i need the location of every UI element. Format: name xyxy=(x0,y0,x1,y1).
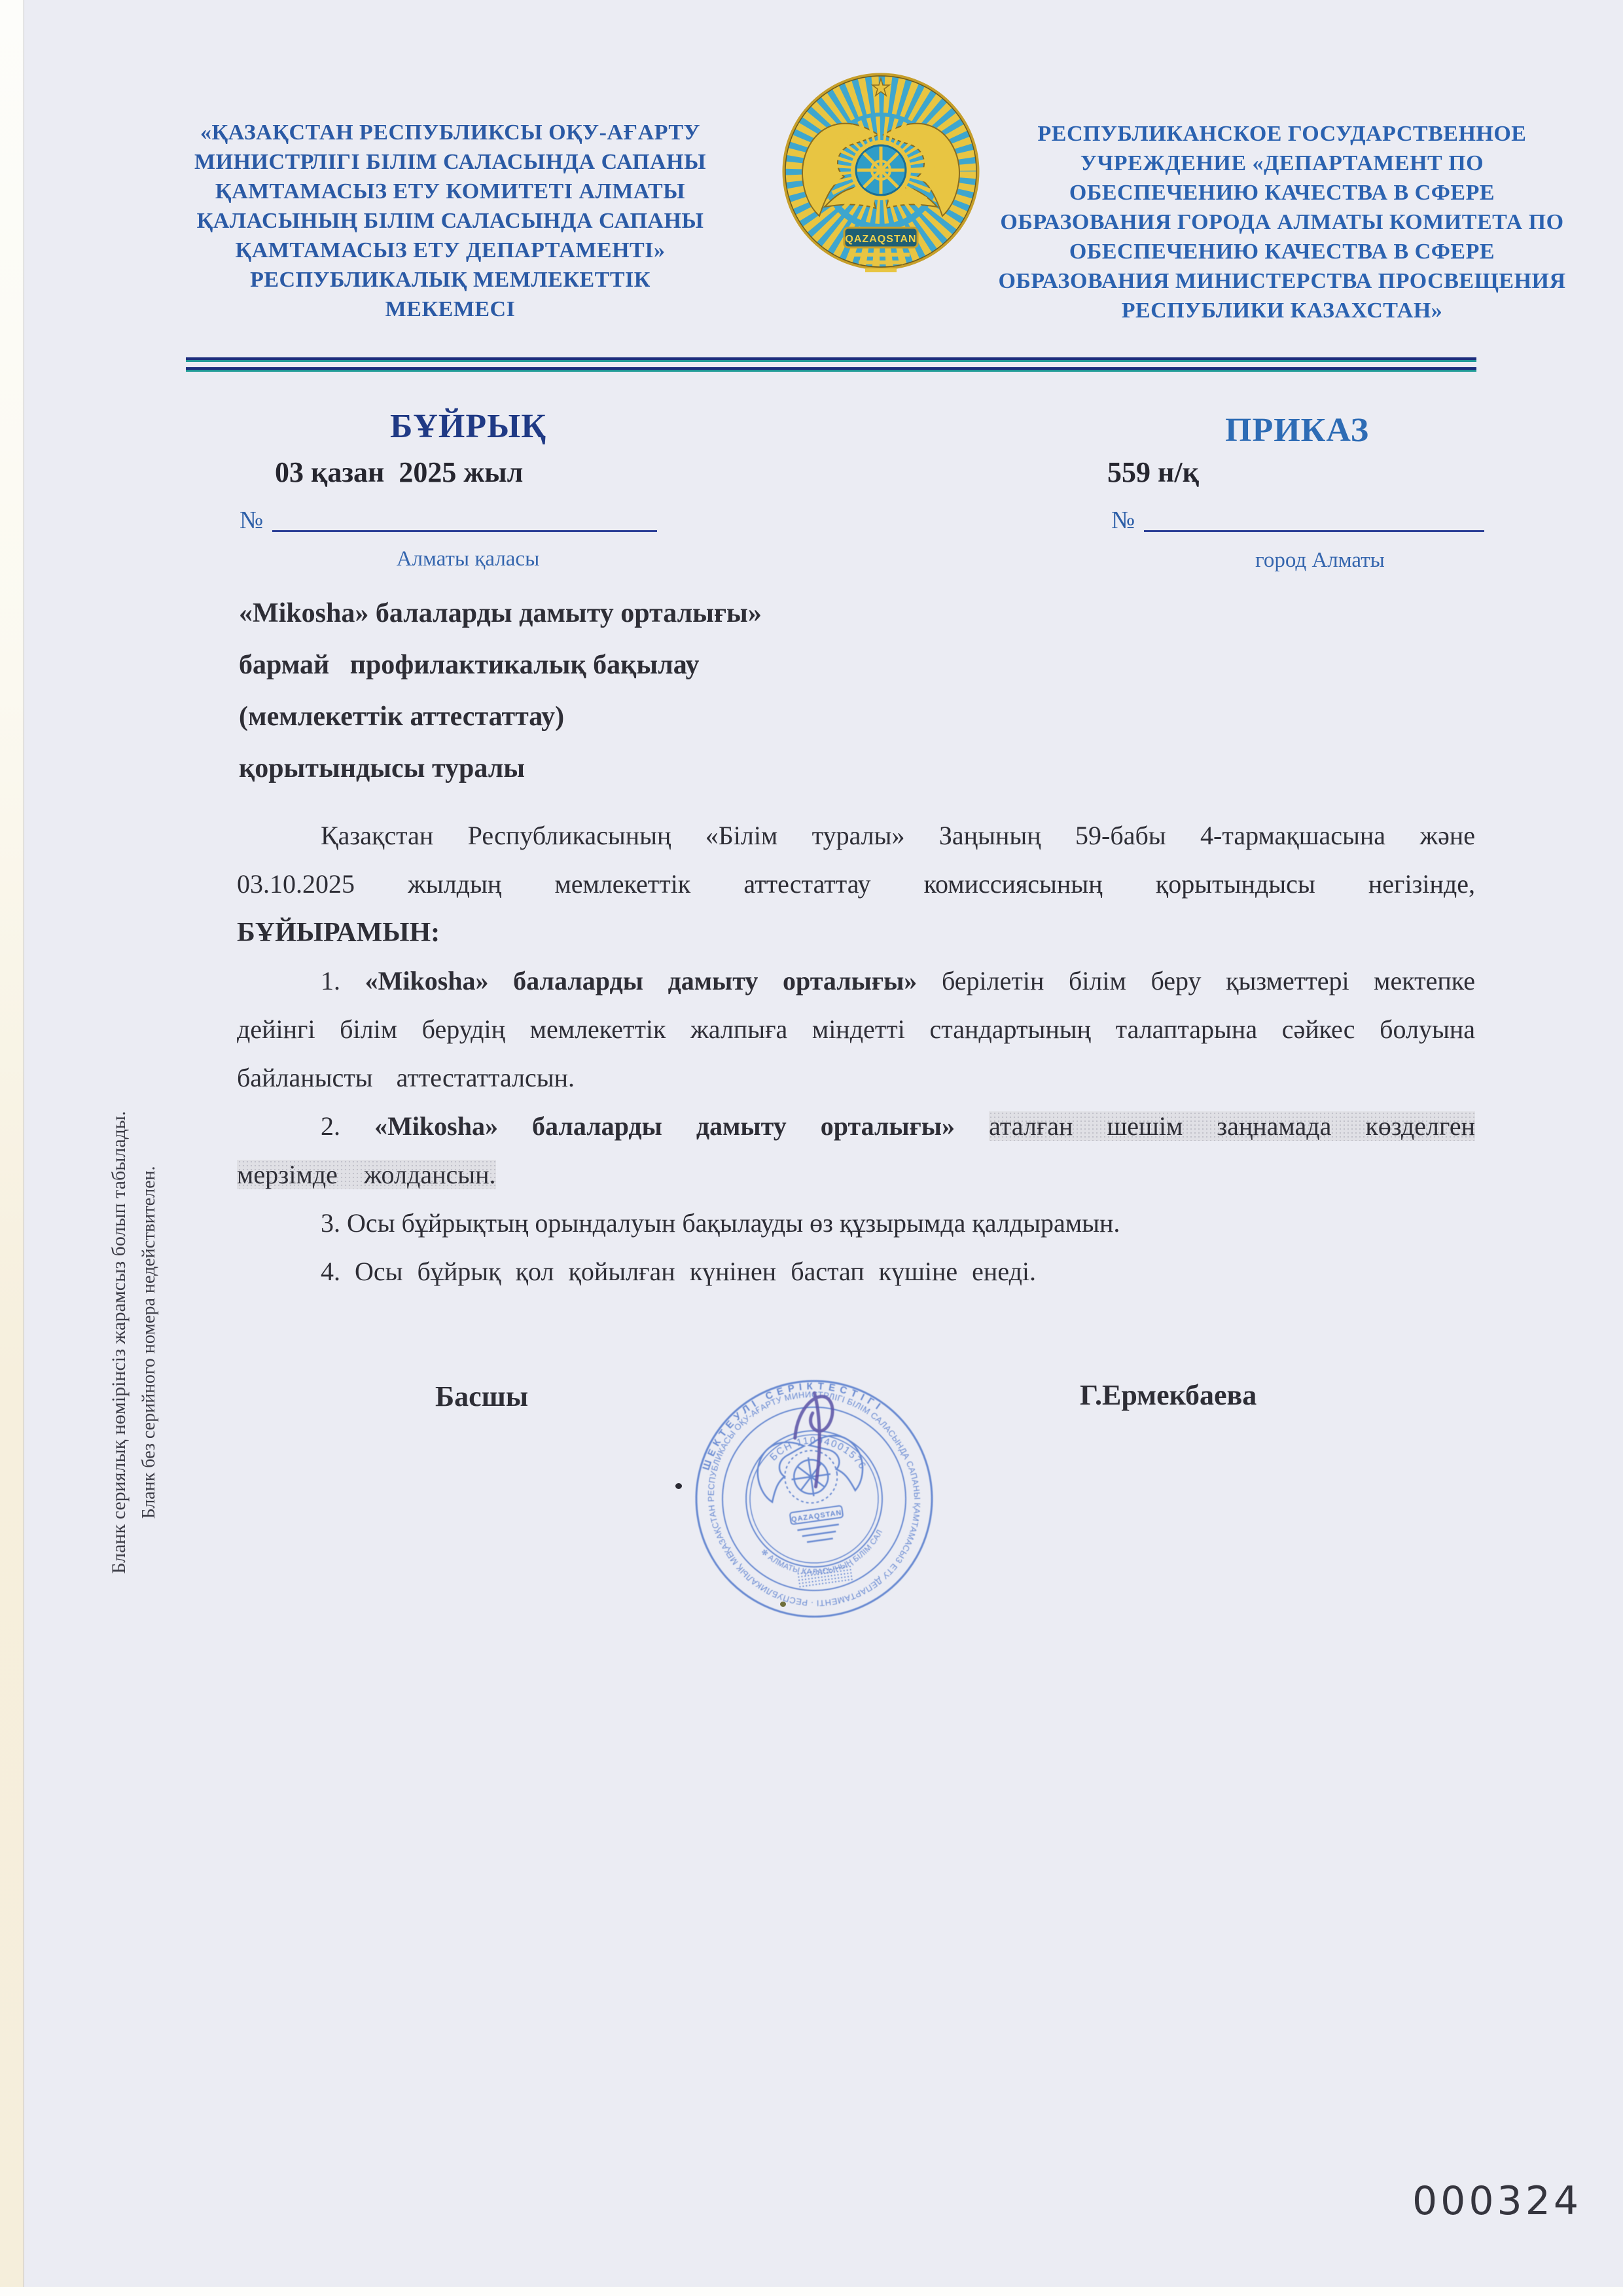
item-number: 2. xyxy=(321,1111,374,1141)
org-name-russian: РЕСПУБЛИКАНСКОЕ ГОСУДАРСТВЕННОЕ УЧРЕЖДЕН… xyxy=(986,119,1578,325)
number-field-left: № xyxy=(240,505,657,535)
emblem-caption: QAZAQSTAN xyxy=(845,234,916,245)
ink-speck xyxy=(675,1483,682,1489)
side-note-kazakh: Бланк сериялық нөмірінсіз жарамсыз болып… xyxy=(103,1028,135,1657)
scan-bottom-margin xyxy=(0,2287,1623,2296)
order-title-russian: ПРИКАЗ xyxy=(1225,411,1369,450)
subject-line: (мемлекеттік аттестаттау) xyxy=(239,691,1221,743)
preamble-text: Қазақстан Республикасының «Білім туралы»… xyxy=(237,821,1475,899)
org-line: МЕКЕМЕСІ xyxy=(165,295,736,324)
org-line: РЕСПУБЛИКАНСКОЕ ГОСУДАРСТВЕННОЕ xyxy=(986,119,1578,149)
subject-line: «Mikosha» балаларды дамыту орталығы» xyxy=(239,588,1221,639)
ink-speck xyxy=(780,1602,786,1607)
org-line: ОБРАЗОВАНИЯ МИНИСТЕРСТВА ПРОСВЕЩЕНИЯ xyxy=(986,266,1578,296)
kazakhstan-state-emblem-icon: QAZAQSTAN xyxy=(779,72,983,279)
order-title-kazakh: БҰЙРЫҚ xyxy=(390,407,546,446)
signer-role: Басшы xyxy=(435,1380,528,1413)
org-line: ҚАМТАМАСЫЗ ЕТУ КОМИТЕТІ АЛМАТЫ xyxy=(165,177,736,206)
org-line: РЕСПУБЛИКИ КАЗАХСТАН» xyxy=(986,296,1578,325)
order-number: 559 н/қ xyxy=(1107,456,1199,489)
preamble-paragraph: Қазақстан Республикасының «Білім туралы»… xyxy=(237,812,1475,957)
side-note-russian: Бланк без серийного номера недействителе… xyxy=(135,1028,164,1657)
org-line: «ҚАЗАҚСТАН РЕСПУБЛИКСЫ ОҚУ-АҒАРТУ xyxy=(165,118,736,147)
order-subject: «Mikosha» балаларды дамыту орталығы» бар… xyxy=(239,588,1221,795)
number-blank-line xyxy=(272,505,657,532)
header-separator xyxy=(186,357,1476,377)
official-round-stamp: ШЕКТЕУЛІ СЕРІКТЕСТІГІ ҚАЗАҚСТАН РЕСПУБЛИ… xyxy=(672,1357,956,1641)
spacer xyxy=(955,1111,989,1141)
separator-line xyxy=(186,367,1476,372)
order-body: Қазақстан Республикасының «Білім туралы»… xyxy=(237,812,1475,1296)
item-number: 1. xyxy=(321,966,365,996)
order-item-3: 3. Осы бұйрықтың орындалуын бақылауды өз… xyxy=(237,1199,1475,1247)
numero-sign: № xyxy=(240,507,263,534)
org-line: РЕСПУБЛИКАЛЫҚ МЕМЛЕКЕТТІК xyxy=(165,265,736,295)
order-date: 03 қазан 2025 жыл xyxy=(275,456,523,489)
blank-serial-number: 000324 xyxy=(1412,2178,1582,2224)
number-field-right: № xyxy=(1111,505,1484,535)
signer-name: Г.Ермекбаева xyxy=(1080,1378,1257,1412)
numero-sign: № xyxy=(1111,507,1135,534)
org-line: МИНИСТРЛІГІ БІЛІМ САЛАСЫНДА САПАНЫ xyxy=(165,147,736,177)
scanned-order-document: «ҚАЗАҚСТАН РЕСПУБЛИКСЫ ОҚУ-АҒАРТУ МИНИСТ… xyxy=(0,0,1623,2296)
org-line: ОБРАЗОВАНИЯ ГОРОДА АЛМАТЫ КОМИТЕТА ПО xyxy=(986,207,1578,237)
order-item-4: 4. Осы бұйрық қол қойылған күнінен баста… xyxy=(237,1247,1475,1296)
org-line: ҚАМТАМАСЫЗ ЕТУ ДЕПАРТАМЕНТІ» xyxy=(165,236,736,265)
organization-name: «Mikosha» балаларды дамыту орталығы» xyxy=(374,1111,955,1141)
subject-line: бармай профилактикалық бақылау xyxy=(239,639,1221,691)
org-name-kazakh: «ҚАЗАҚСТАН РЕСПУБЛИКСЫ ОҚУ-АҒАРТУ МИНИСТ… xyxy=(165,118,736,324)
organization-name: «Mikosha» балаларды дамыту орталығы» xyxy=(365,966,918,996)
org-line: ОБЕСПЕЧЕНИЮ КАЧЕСТВА В СФЕРЕ xyxy=(986,178,1578,207)
separator-line xyxy=(186,357,1476,362)
blank-validity-note: Бланк сериялық нөмірінсіз жарамсыз болып… xyxy=(103,1028,164,1657)
order-item-1: 1. «Mikosha» балаларды дамыту орталығы» … xyxy=(237,957,1475,1102)
scan-left-margin xyxy=(0,0,24,2296)
org-line: УЧРЕЖДЕНИЕ «ДЕПАРТАМЕНТ ПО xyxy=(986,149,1578,178)
number-blank-line xyxy=(1144,505,1484,532)
place-russian: город Алматы xyxy=(1219,548,1421,573)
org-line: ОБЕСПЕЧЕНИЮ КАЧЕСТВА В СФЕРЕ xyxy=(986,237,1578,266)
place-kazakh: Алматы қаласы xyxy=(366,547,569,571)
org-line: ҚАЛАСЫНЫҢ БІЛІМ САЛАСЫНДА САПАНЫ xyxy=(165,206,736,236)
order-item-2: 2. «Mikosha» балаларды дамыту орталығы» … xyxy=(237,1102,1475,1199)
subject-line: қорытындысы туралы xyxy=(239,743,1221,795)
command-word: БҰЙЫРАМЫН: xyxy=(237,918,440,948)
